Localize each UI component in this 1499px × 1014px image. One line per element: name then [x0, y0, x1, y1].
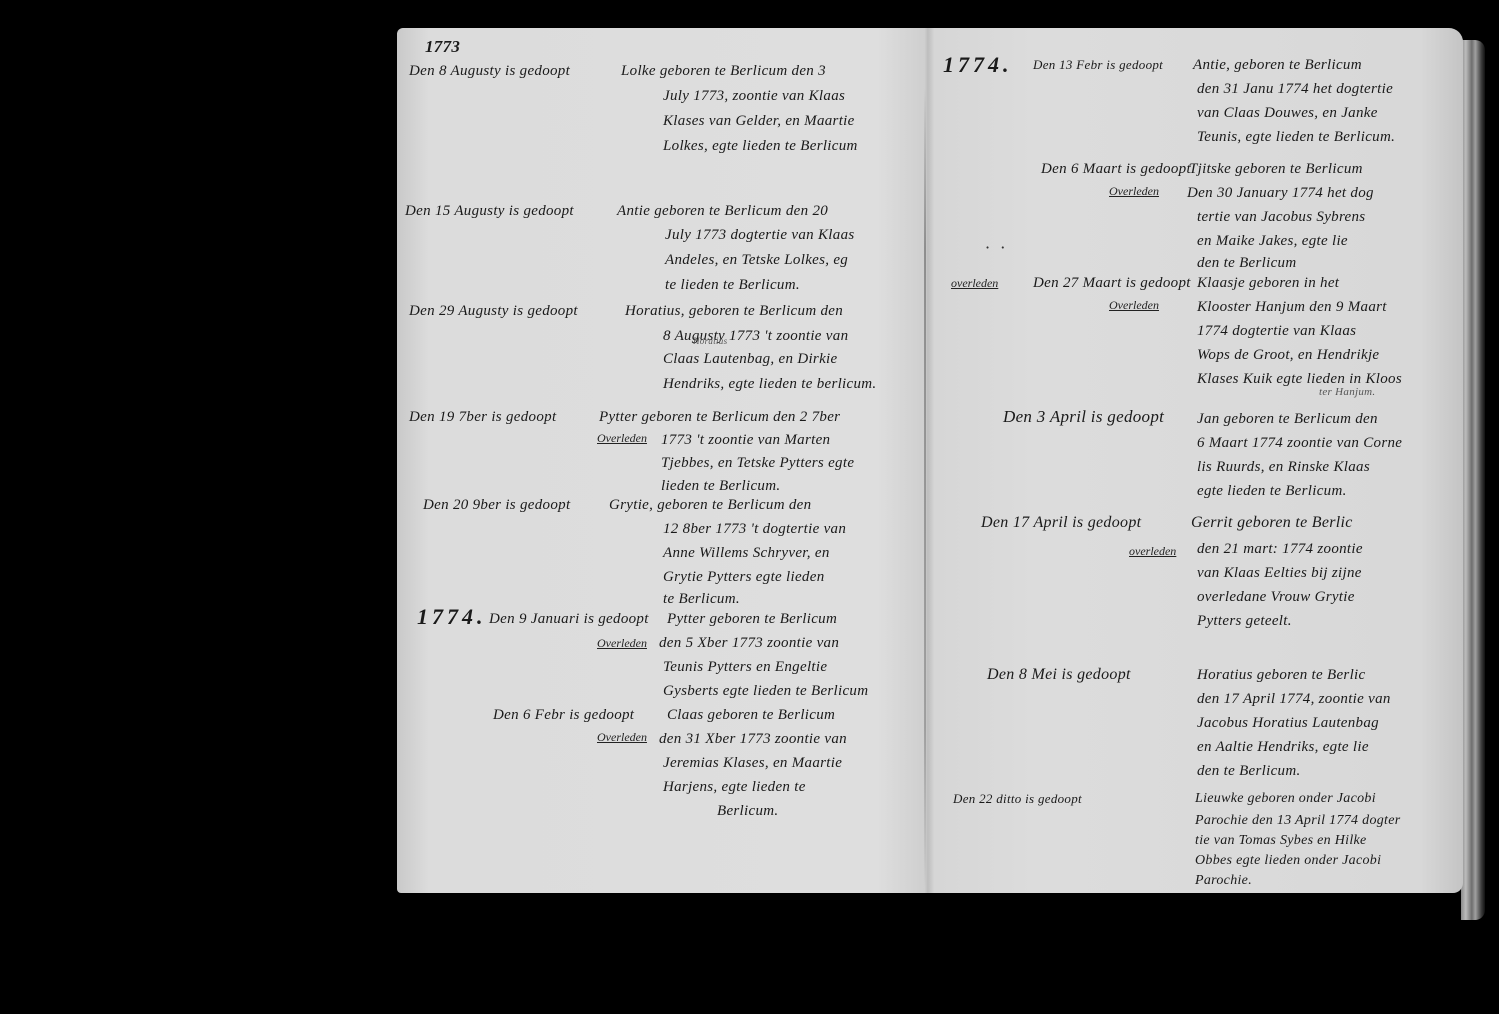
entry-line: van Claas Douwes, en Janke — [1197, 102, 1378, 124]
entry-line: egte lieden te Berlicum. — [1197, 480, 1347, 502]
year-prefix: 1774. — [417, 606, 487, 628]
left-page: 1773 Den 8 Augusty is gedoopt Lolke gebo… — [397, 28, 925, 893]
entry-line: tertie van Jacobus Sybrens — [1197, 206, 1365, 228]
entry-line: Obbes egte lieden onder Jacobi — [1195, 850, 1381, 872]
entry-line: Parochie. — [1195, 870, 1252, 892]
entry-line: Anne Willems Schryver, en — [663, 542, 830, 564]
margin-note-overleden: Overleden — [597, 730, 647, 745]
entry-line: Wops de Groot, en Hendrikje — [1197, 344, 1379, 366]
entry-line: Gerrit geboren te Berlic — [1191, 512, 1353, 534]
entry-line: Klooster Hanjum den 9 Maart — [1197, 296, 1387, 318]
entry-line: 8 Augusty 1773 't zoontie van — [663, 325, 848, 347]
entry-line: Berlicum. — [717, 800, 778, 822]
entry-line: Jan geboren te Berlicum den — [1197, 408, 1378, 430]
entry-line: 1774 dogtertie van Klaas — [1197, 320, 1356, 342]
entry-line: Andeles, en Tetske Lolkes, eg — [665, 249, 848, 271]
right-page: 1774. Den 13 Febr is gedoopt Antie, gebo… — [929, 28, 1463, 893]
ink-dots: · · — [985, 238, 1005, 257]
entry-line: Grytie Pytters egte lieden — [663, 566, 825, 588]
entry-line: Klases van Gelder, en Maartie — [663, 110, 855, 132]
entry-line: Pytter geboren te Berlicum den 2 7ber — [599, 406, 840, 428]
entry-line: Harjens, egte lieden te — [663, 776, 806, 798]
margin-note-overleden: Overleden — [597, 636, 647, 651]
interlinear-note: Horatius — [693, 336, 727, 346]
entry-line: den te Berlicum — [1197, 252, 1296, 274]
entry-line: Klaasje geboren in het — [1197, 272, 1339, 294]
margin-note-overleden: overleden — [1129, 544, 1176, 559]
entry-line: Lolke geboren te Berlicum den 3 — [621, 60, 826, 82]
entry-line: van Klaas Eelties bij zijne — [1197, 562, 1362, 584]
left-year-heading: 1773 — [425, 36, 460, 58]
entry-line: July 1773 dogtertie van Klaas — [665, 224, 855, 246]
margin-note-overleden: Overleden — [1109, 184, 1159, 199]
entry-line: Horatius geboren te Berlic — [1197, 664, 1365, 686]
entry-date: Den 3 April is gedoopt — [1003, 406, 1164, 428]
entry-line: Pytters geteelt. — [1197, 610, 1292, 632]
entry-line: 6 Maart 1774 zoontie van Corne — [1197, 432, 1402, 454]
entry-line: tie van Tomas Sybes en Hilke — [1195, 830, 1367, 852]
entry-date: Den 29 Augusty is gedoopt — [409, 300, 578, 322]
entry-line: Tjitske geboren te Berlicum — [1189, 158, 1363, 180]
entry-date: Den 8 Augusty is gedoopt — [409, 60, 570, 82]
entry-line: en Aaltie Hendriks, egte lie — [1197, 736, 1369, 758]
entry-line: 12 8ber 1773 't dogtertie van — [663, 518, 846, 540]
margin-note-overleden: Overleden — [597, 431, 647, 446]
entry-line: Lieuwke geboren onder Jacobi — [1195, 788, 1376, 810]
page-stack-edge — [1461, 40, 1485, 920]
entry-date: Den 19 7ber is gedoopt — [409, 406, 556, 428]
entry-line: Lolkes, egte lieden te Berlicum — [663, 135, 858, 157]
right-year-heading: 1774. — [943, 54, 1013, 76]
entry-line: den 31 Janu 1774 het dogtertie — [1197, 78, 1393, 100]
entry-line: en Maike Jakes, egte lie — [1197, 230, 1348, 252]
outer-margin-note-overleden: overleden — [951, 276, 998, 291]
entry-date: Den 6 Maart is gedoopt — [1041, 158, 1191, 180]
entry-line: Antie, geboren te Berlicum — [1193, 54, 1362, 76]
entry-line: Jeremias Klases, en Maartie — [663, 752, 842, 774]
entry-line: Teunis, egte lieden te Berlicum. — [1197, 126, 1395, 148]
entry-line: Hendriks, egte lieden te berlicum. — [663, 373, 876, 395]
entry-date: Den 13 Febr is gedoopt — [1033, 54, 1163, 76]
entry-line: te Berlicum. — [663, 588, 740, 610]
entry-line: Pytter geboren te Berlicum — [667, 608, 837, 630]
entry-line: Den 30 January 1774 het dog — [1187, 182, 1374, 204]
entry-line: den 17 April 1774, zoontie van — [1197, 688, 1391, 710]
entry-line: Jacobus Horatius Lautenbag — [1197, 712, 1379, 734]
entry-line: Claas Lautenbag, en Dirkie — [663, 348, 837, 370]
open-register-book: 1773 Den 8 Augusty is gedoopt Lolke gebo… — [397, 28, 1463, 893]
entry-line: Grytie, geboren te Berlicum den — [609, 494, 811, 516]
entry-line: den te Berlicum. — [1197, 760, 1301, 782]
entry-line: Horatius, geboren te Berlicum den — [625, 300, 843, 322]
entry-line: Gysberts egte lieden te Berlicum — [663, 680, 868, 702]
margin-note-overleden: Overleden — [1109, 298, 1159, 313]
entry-date: Den 8 Mei is gedoopt — [987, 664, 1131, 686]
entry-date: Den 17 April is gedoopt — [981, 512, 1141, 534]
entry-line: Claas geboren te Berlicum — [667, 704, 835, 726]
entry-line: den 5 Xber 1773 zoontie van — [659, 632, 839, 654]
entry-date: Den 22 ditto is gedoopt — [953, 788, 1082, 810]
entry-line: te lieden te Berlicum. — [665, 274, 800, 296]
entry-line: lis Ruurds, en Rinske Klaas — [1197, 456, 1370, 478]
entry-line: den 21 mart: 1774 zoontie — [1197, 538, 1363, 560]
entry-date: Den 9 Januari is gedoopt — [489, 608, 649, 630]
entry-line: ter Hanjum. — [1319, 386, 1375, 398]
entry-line: den 31 Xber 1773 zoontie van — [659, 728, 847, 750]
entry-line: Antie geboren te Berlicum den 20 — [617, 200, 828, 222]
entry-line: Parochie den 13 April 1774 dogter — [1195, 810, 1401, 832]
entry-line: 1773 't zoontie van Marten — [661, 429, 830, 451]
entry-date: Den 20 9ber is gedoopt — [423, 494, 570, 516]
entry-line: Teunis Pytters en Engeltie — [663, 656, 827, 678]
entry-date: Den 15 Augusty is gedoopt — [405, 200, 574, 222]
entry-line: overledane Vrouw Grytie — [1197, 586, 1355, 608]
entry-date: Den 6 Febr is gedoopt — [493, 704, 634, 726]
entry-date: Den 27 Maart is gedoopt — [1033, 272, 1191, 294]
entry-line: Tjebbes, en Tetske Pytters egte — [661, 452, 854, 474]
entry-line: July 1773, zoontie van Klaas — [663, 85, 845, 107]
